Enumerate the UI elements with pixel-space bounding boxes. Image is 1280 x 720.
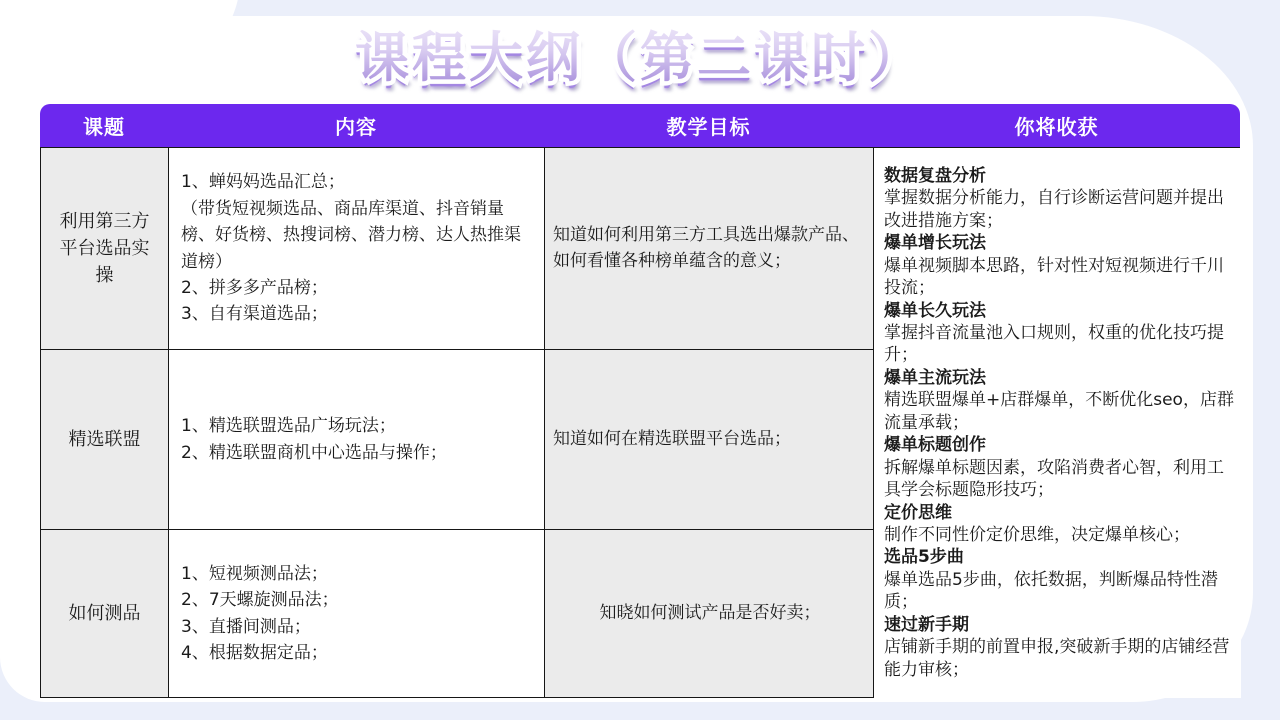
- gain-item: 速过新手期 店铺新手期的前置申报,突破新手期的店铺经营能力审核；: [884, 614, 1237, 681]
- gain-body: 精选联盟爆单+店群爆单，不断优化seo，店群流量承载；: [884, 389, 1237, 434]
- gain-heading: 选品5步曲: [884, 546, 1237, 568]
- objective-text: 知道如何利用第三方工具选出爆款产品、如何看懂各种榜单蕴含的意义；: [553, 223, 867, 274]
- gain-body: 掌握数据分析能力，自行诊断运营问题并提出改进措施方案；: [884, 187, 1237, 232]
- gain-item: 爆单增长玩法 爆单视频脚本思路，针对性对短视频进行千川投流；: [884, 232, 1237, 299]
- content-line: 1、短视频测品法；: [181, 561, 536, 587]
- gain-item: 定价思维 制作不同性价定价思维，决定爆单核心；: [884, 502, 1237, 547]
- gains-cell: 数据复盘分析 掌握数据分析能力，自行诊断运营问题并提出改进措施方案； 爆单增长玩…: [874, 148, 1241, 698]
- topic-cell-row3: 如何测品: [41, 530, 169, 698]
- content-line: 3、直播间测品；: [181, 614, 536, 640]
- gain-heading: 爆单主流玩法: [884, 367, 1237, 389]
- slide-title: 课程大纲（第二课时） 课程大纲（第二课时）: [0, 20, 1280, 100]
- column-header-topic: 课题: [40, 104, 168, 147]
- gain-body: 爆单视频脚本思路，针对性对短视频进行千川投流；: [884, 255, 1237, 300]
- content-cell-row3: 1、短视频测品法； 2、7天螺旋测品法； 3、直播间测品； 4、根据数据定品；: [169, 530, 545, 698]
- column-header-gains: 你将收获: [873, 104, 1240, 147]
- objective-text: 知晓如何测试产品是否好卖；: [553, 601, 867, 627]
- content-line: （带货短视频选品、商品库渠道、抖音销量榜、好货榜、热搜词榜、潜力榜、达人热推渠道…: [181, 196, 536, 275]
- content-line: 2、7天螺旋测品法；: [181, 587, 536, 613]
- slide-title-text: 课程大纲（第二课时）: [0, 20, 1280, 96]
- content-line: 3、自有渠道选品；: [181, 301, 536, 327]
- column-header-content: 内容: [168, 104, 544, 147]
- table-body: 利用第三方平台选品实操 1、蝉妈妈选品汇总； （带货短视频选品、商品库渠道、抖音…: [40, 148, 1240, 698]
- gain-heading: 定价思维: [884, 502, 1237, 524]
- content-line: 4、根据数据定品；: [181, 640, 536, 666]
- objective-text: 知道如何在精选联盟平台选品；: [553, 427, 867, 453]
- objective-cell-row2: 知道如何在精选联盟平台选品；: [545, 350, 874, 530]
- content-line: 2、拼多多产品榜；: [181, 275, 536, 301]
- topic-cell-row1: 利用第三方平台选品实操: [41, 148, 169, 350]
- topic-cell-row2: 精选联盟: [41, 350, 169, 530]
- gain-body: 店铺新手期的前置申报,突破新手期的店铺经营能力审核；: [884, 636, 1237, 681]
- content-line: 2、精选联盟商机中心选品与操作；: [181, 440, 536, 466]
- gain-heading: 爆单标题创作: [884, 434, 1237, 456]
- gain-heading: 速过新手期: [884, 614, 1237, 636]
- content-line: 1、精选联盟选品广场玩法；: [181, 413, 536, 439]
- objective-cell-row1: 知道如何利用第三方工具选出爆款产品、如何看懂各种榜单蕴含的意义；: [545, 148, 874, 350]
- content-cell-row1: 1、蝉妈妈选品汇总； （带货短视频选品、商品库渠道、抖音销量榜、好货榜、热搜词榜…: [169, 148, 545, 350]
- gain-item: 爆单主流玩法 精选联盟爆单+店群爆单，不断优化seo，店群流量承载；: [884, 367, 1237, 434]
- content-cell-row2: 1、精选联盟选品广场玩法； 2、精选联盟商机中心选品与操作；: [169, 350, 545, 530]
- gain-heading: 爆单长久玩法: [884, 300, 1237, 322]
- content-line: 1、蝉妈妈选品汇总；: [181, 169, 536, 195]
- gain-item: 爆单标题创作 拆解爆单标题因素，攻陷消费者心智，利用工具学会标题隐形技巧；: [884, 434, 1237, 501]
- objective-cell-row3: 知晓如何测试产品是否好卖；: [545, 530, 874, 698]
- course-outline-table: 课题 内容 教学目标 你将收获 利用第三方平台选品实操 1、蝉妈妈选品汇总； （…: [40, 104, 1240, 698]
- gain-body: 拆解爆单标题因素，攻陷消费者心智，利用工具学会标题隐形技巧；: [884, 457, 1237, 502]
- gain-body: 制作不同性价定价思维，决定爆单核心；: [884, 524, 1237, 546]
- gain-heading: 爆单增长玩法: [884, 232, 1237, 254]
- gain-heading: 数据复盘分析: [884, 165, 1237, 187]
- gain-item: 选品5步曲 爆单选品5步曲，依托数据，判断爆品特性潜质；: [884, 546, 1237, 613]
- column-header-objective: 教学目标: [544, 104, 873, 147]
- gain-body: 爆单选品5步曲，依托数据，判断爆品特性潜质；: [884, 569, 1237, 614]
- table-header-row: 课题 内容 教学目标 你将收获: [40, 104, 1240, 148]
- gain-item: 爆单长久玩法 掌握抖音流量池入口规则，权重的优化技巧提升；: [884, 300, 1237, 367]
- gain-item: 数据复盘分析 掌握数据分析能力，自行诊断运营问题并提出改进措施方案；: [884, 165, 1237, 232]
- gain-body: 掌握抖音流量池入口规则，权重的优化技巧提升；: [884, 322, 1237, 367]
